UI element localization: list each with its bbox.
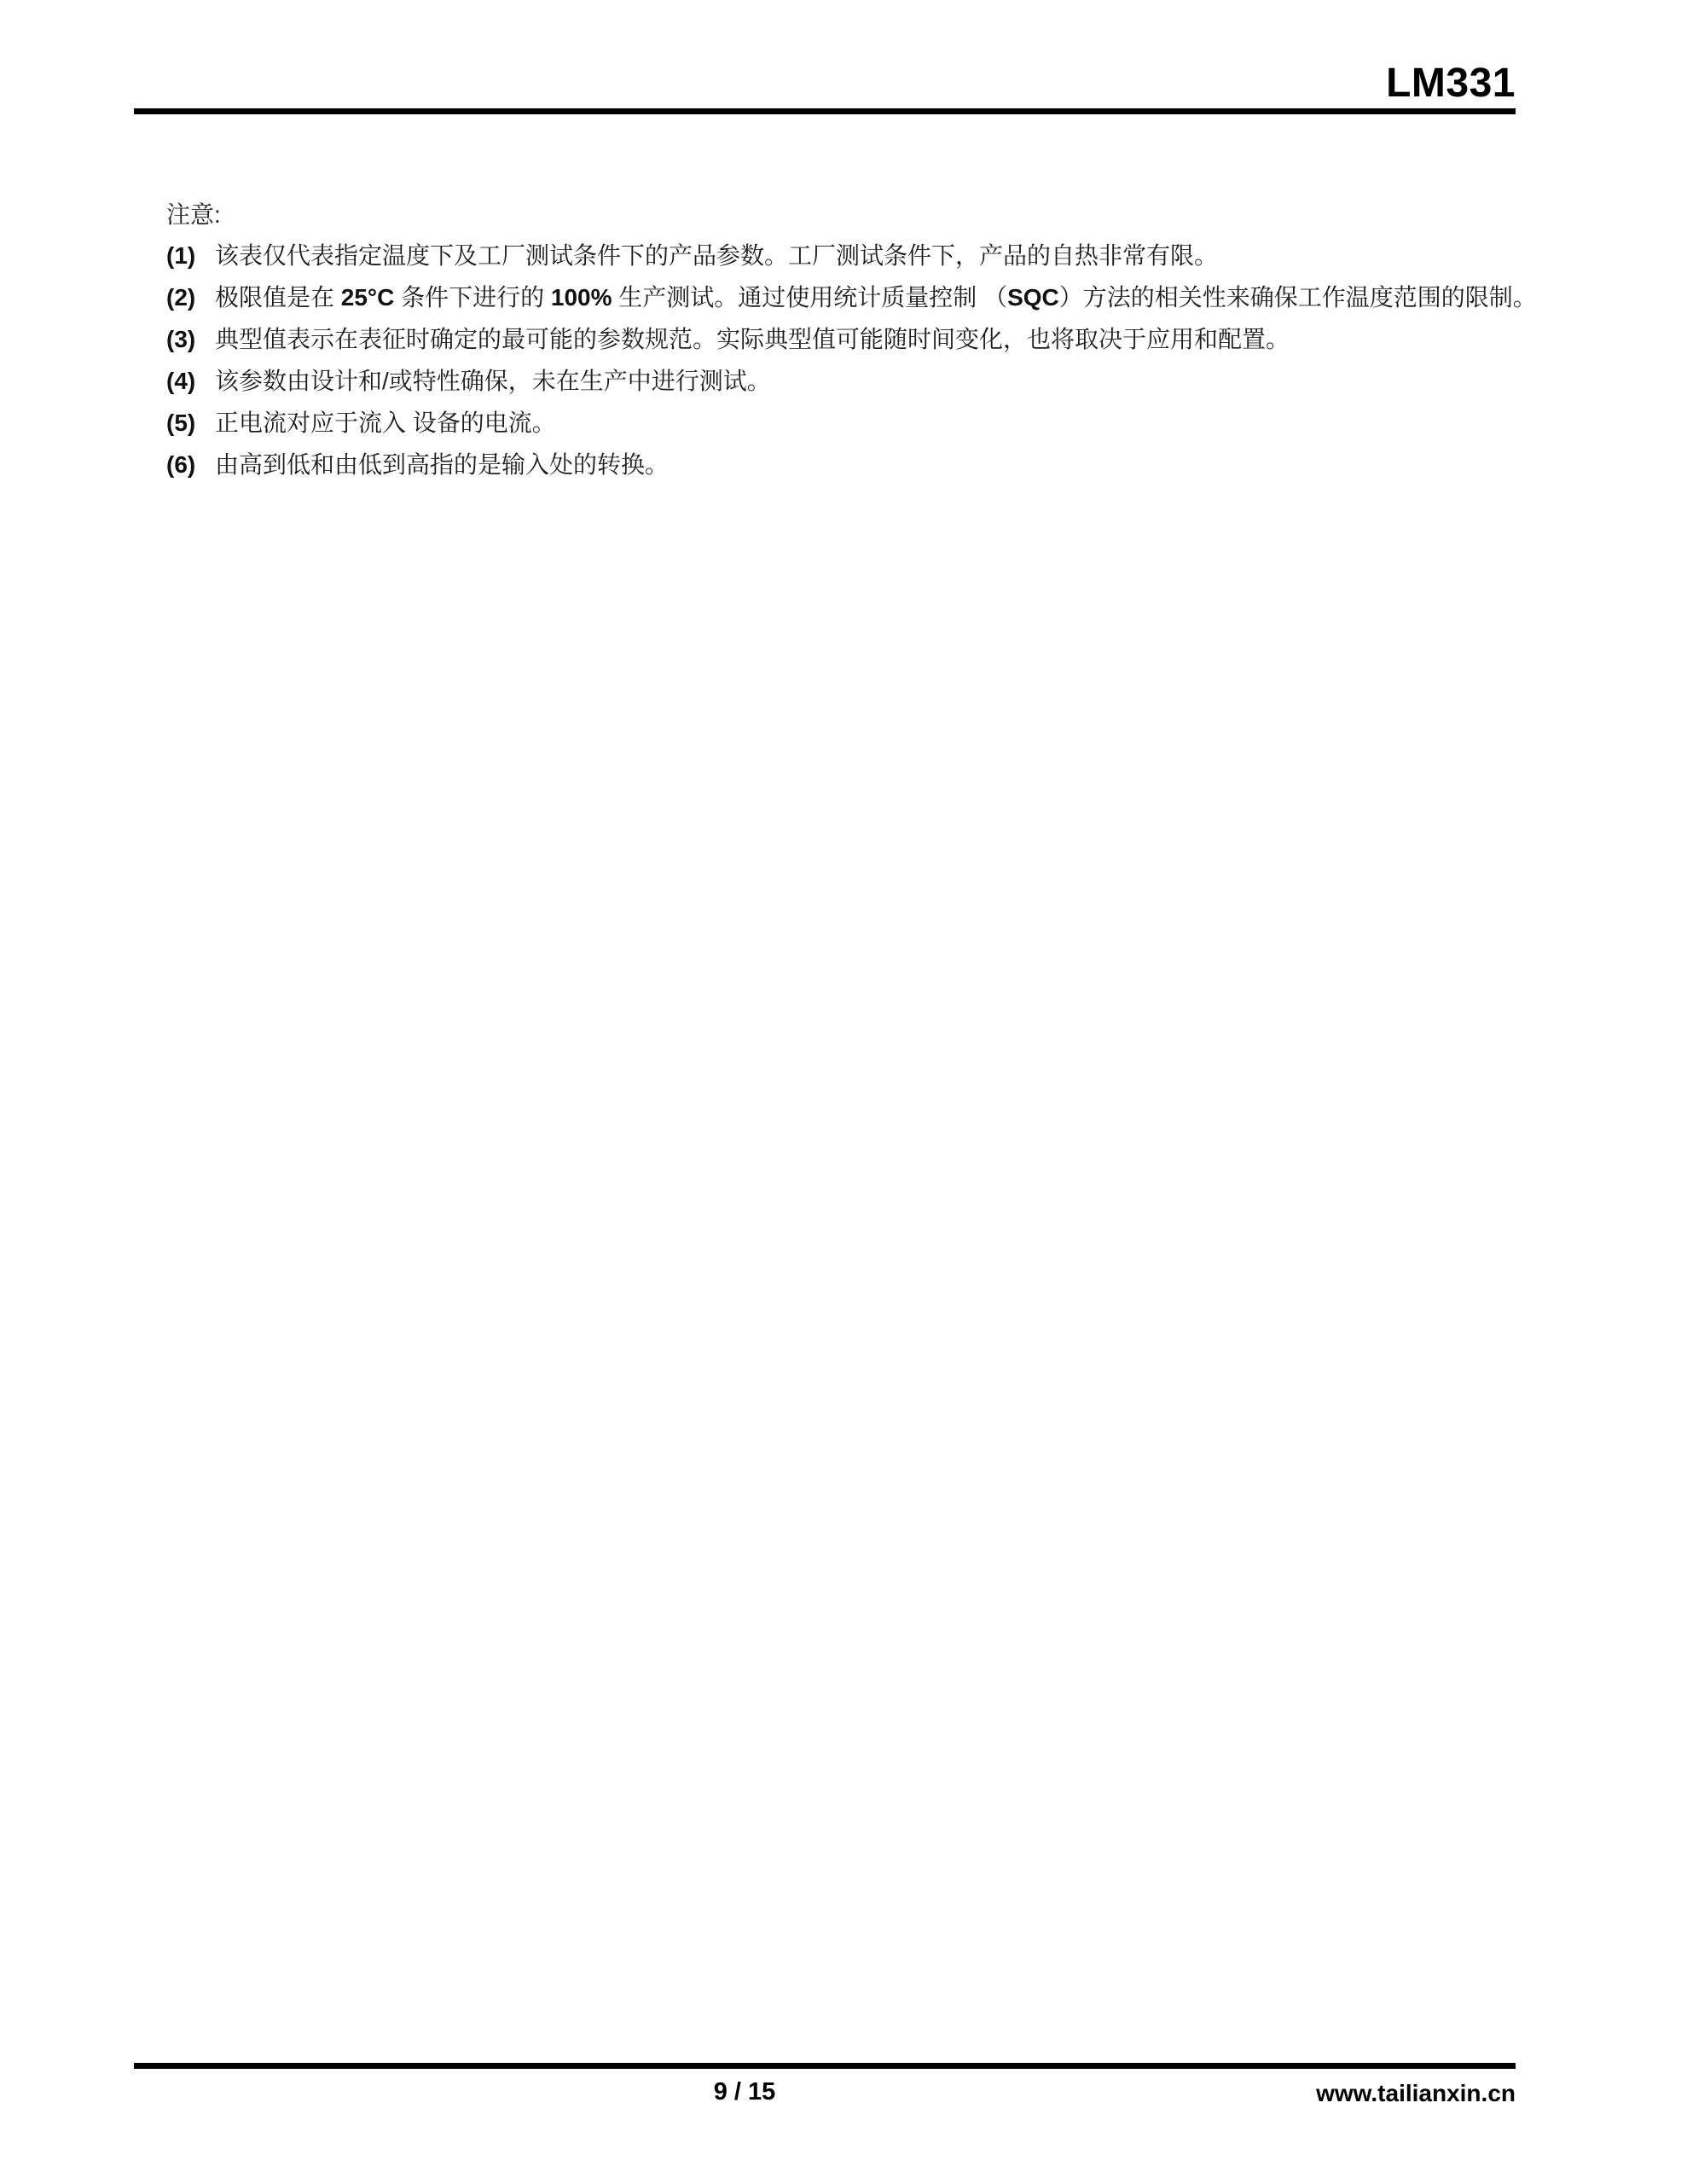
- notes-list: (1)该表仅代表指定温度下及工厂测试条件下的产品参数。工厂测试条件下，产品的自热…: [166, 243, 1551, 477]
- note-item: (3)典型值表示在表征时确定的最可能的参数规范。实际典型值可能随时间变化，也将取…: [166, 327, 1551, 351]
- website-link[interactable]: www.tailianxin.cn: [1316, 2080, 1516, 2107]
- note-number: (4): [166, 369, 215, 393]
- note-number: (1): [166, 243, 215, 268]
- note-number: (6): [166, 452, 215, 477]
- part-number-title: LM331: [1386, 61, 1516, 106]
- note-text: 该参数由设计和/或特性确保，未在生产中进行测试。: [215, 369, 1551, 393]
- note-text: 极限值是在 25°C 条件下进行的 100% 生产测试。通过使用统计质量控制 （…: [215, 285, 1551, 310]
- page-indicator: 9 / 15: [625, 2078, 864, 2106]
- notes-section: 注意: (1)该表仅代表指定温度下及工厂测试条件下的产品参数。工厂测试条件下，产…: [166, 202, 1551, 494]
- note-number: (3): [166, 327, 215, 351]
- note-number: (5): [166, 410, 215, 435]
- note-item: (4)该参数由设计和/或特性确保，未在生产中进行测试。: [166, 369, 1551, 393]
- note-item: (1)该表仅代表指定温度下及工厂测试条件下的产品参数。工厂测试条件下，产品的自热…: [166, 243, 1551, 268]
- note-text: 由高到低和由低到高指的是输入处的转换。: [215, 452, 1551, 477]
- datasheet-page: LM331 注意: (1)该表仅代表指定温度下及工厂测试条件下的产品参数。工厂测…: [0, 0, 1687, 2184]
- notes-title: 注意:: [166, 202, 1551, 227]
- note-text: 典型值表示在表征时确定的最可能的参数规范。实际典型值可能随时间变化，也将取决于应…: [215, 327, 1551, 351]
- note-item: (2)极限值是在 25°C 条件下进行的 100% 生产测试。通过使用统计质量控…: [166, 285, 1551, 310]
- header-rule: [134, 108, 1516, 114]
- note-item: (6)由高到低和由低到高指的是输入处的转换。: [166, 452, 1551, 477]
- note-text: 正电流对应于流入 设备的电流。: [215, 410, 1551, 435]
- footer-rule: [134, 2063, 1516, 2069]
- note-item: (5)正电流对应于流入 设备的电流。: [166, 410, 1551, 435]
- note-number: (2): [166, 285, 215, 310]
- note-text: 该表仅代表指定温度下及工厂测试条件下的产品参数。工厂测试条件下，产品的自热非常有…: [215, 243, 1551, 268]
